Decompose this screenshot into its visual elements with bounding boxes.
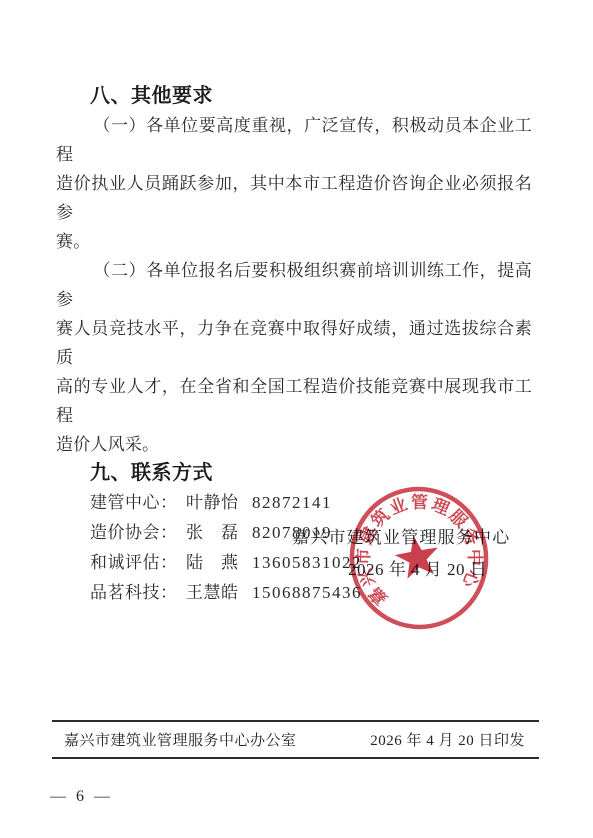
section-8-paragraph-1: （一）各单位要高度重视，广泛宣传，积极动员本企业工程 造价执业人员踊跃参加，其中… [56,111,532,256]
footer-issuer: 嘉兴市建筑业管理服务中心办公室 [64,729,297,750]
official-seal: 嘉兴市建筑业管理服务中心 [340,478,500,640]
footer-print-date: 2026 年 4 月 20 日印发 [370,729,525,750]
contact-name: 王慧皓 [186,578,252,608]
contact-org: 和诚评估： [90,548,186,578]
contact-org: 品茗科技： [90,578,186,608]
section-8-heading: 八、其他要求 [56,82,532,111]
contact-org: 造价协会： [90,518,186,548]
seal-star-icon [392,532,442,581]
section-8-paragraph-2: （二）各单位报名后要积极组织赛前培训训练工作，提高参 赛人员竞技水平，力争在竞赛… [56,256,532,459]
contact-name: 陆 燕 [186,548,252,578]
contact-name: 张 磊 [186,518,252,548]
contact-name: 叶静怡 [186,488,252,518]
contact-phone: 82872141 [252,488,332,518]
page-number: — 6 — [50,788,113,806]
footer-bar: 嘉兴市建筑业管理服务中心办公室 2026 年 4 月 20 日印发 [52,720,539,759]
contact-org: 建管中心： [90,488,186,518]
document-page: 八、其他要求 （一）各单位要高度重视，广泛宣传，积极动员本企业工程 造价执业人员… [0,0,593,838]
